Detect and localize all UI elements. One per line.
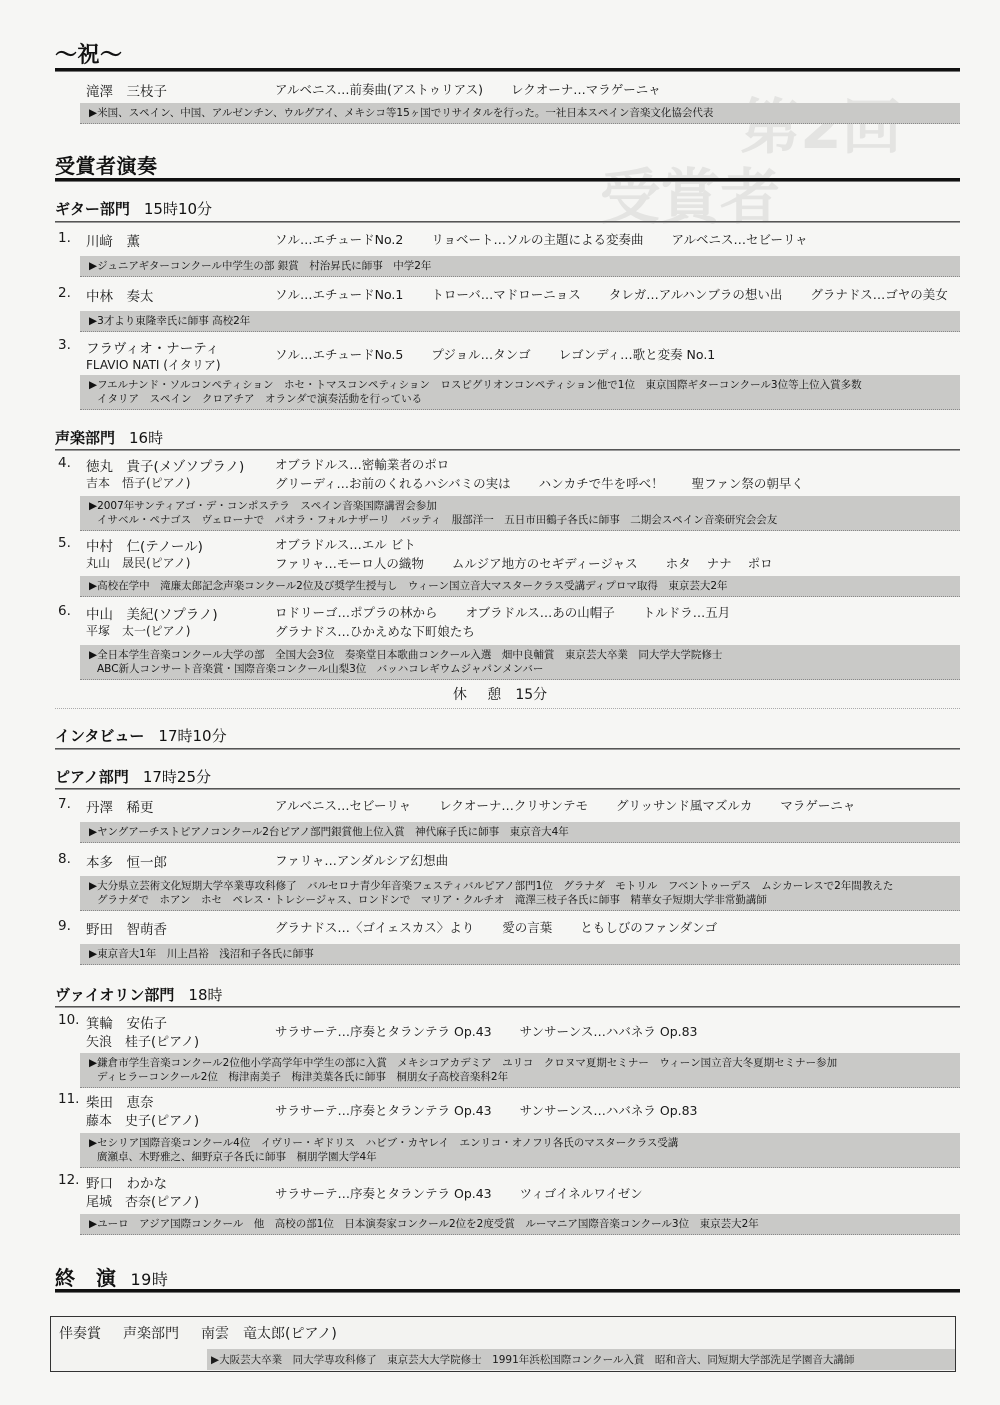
performer-bio: ▶ヤングアーチストピアノコンクール2台ピアノ部門銀賞他上位入賞 神代麻子氏に師事… [80,822,960,843]
piece: アルベニス…前奏曲(アストゥリアス) [275,82,483,97]
section-rule [55,1006,960,1008]
pieces-list: グラナドス…ひかえめな下町娘たち [275,622,499,640]
pieces-list: グラナドス…〈ゴイェスカス〉より 愛の言葉 ともしびのファンダンゴ [275,918,741,936]
performer-bio: ▶全日本学生音楽コンクール大学の部 全国大会3位 奏楽堂日本歌曲コンクール入選 … [80,645,960,680]
intermission: 休 憩15分 [0,684,1000,704]
performer-bio: ▶米国、スペイン、中国、アルゼンチン、ウルグアイ、メキシコ等15ヶ国でリサイタル… [80,103,960,124]
performer-bio: ▶2007年サンティアゴ・デ・コンポステラ スペイン音楽国際講習会参加 イサベル… [80,496,960,531]
performer-bio: ▶高校在学中 滝廉太郎記念声楽コンクール2位及び奨学生授与し ウィーン国立音大マ… [80,576,960,597]
performer-bio: ▶鎌倉市学生音楽コンクール2位他小学高学年中学生の部に入賞 メキシコアカデミア … [80,1053,960,1088]
pieces-list: ファリャ…アンダルシア幻想曲 [275,851,472,869]
award-recipient: 南雲 竜太郎(ピアノ) [201,1326,337,1342]
section-rule [55,748,960,750]
pieces-list: サラサーテ…序奏とタランテラ Op.43 ツィゴイネルワイゼン [275,1184,667,1202]
award-category: 声楽部門 [123,1326,179,1342]
section-rule [55,449,960,451]
main-heading: 受賞者演奏 [55,150,158,179]
section-rule [55,788,960,790]
piece: レクオーナ…マラゲーニャ [511,82,661,97]
performer-bio: ▶フエルナンド・ソルコンペティション ホセ・トマスコンペティション ロスピグリオ… [80,375,960,410]
performer-bio: ▶セシリア国際音楽コンクール4位 イヴリー・ギドリス ハビブ・カヤレイ エンリコ… [80,1133,960,1168]
pieces-list: ソル…エチュードNo.5 プジョル…タンゴ レゴンディ…歌と変奏 No.1 [275,345,739,363]
pieces-list: ソル…エチュードNo.1 トローバ…マドローニョス タレガ…アルハンブラの想い出… [275,285,972,303]
heading-rule [55,68,960,72]
section-heading-violin: ヴァイオリン部門18時 [55,984,223,1005]
pieces-list: ロドリーゴ…ポプラの林から オブラドルス…あの山帽子 トルドラ…五月 [275,603,754,621]
pieces-list: サラサーテ…序奏とタランテラ Op.43 サンサーンス…ハバネラ Op.83 [275,1022,722,1040]
performer-bio: ▶大分県立芸術文化短期大学卒業専攻科修了 バルセロナ青少年音楽フェスティバルピア… [80,876,960,911]
pieces-list: オブラドルス…密輸業者のポロ [275,455,473,473]
pieces-list: アルベニス…前奏曲(アストゥリアス) レクオーナ…マラゲーニャ [275,80,685,98]
performer-bio: ▶東京音大1年 川上昌裕 浅沼和子各氏に師事 [80,944,960,965]
section-heading-piano: ピアノ部門17時25分 [55,766,211,787]
award-line: 伴奏賞声楽部門南雲 竜太郎(ピアノ) [59,1323,359,1343]
finale-heading: 終 演19時 [55,1262,168,1291]
award-title: 伴奏賞 [59,1326,101,1342]
pieces-list: サラサーテ…序奏とタランテラ Op.43 サンサーンス…ハバネラ Op.83 [275,1101,722,1119]
dotted-separator [55,708,960,709]
accompanist-award-box: 伴奏賞声楽部門南雲 竜太郎(ピアノ) ▶大阪芸大卒業 同大学専攻科修了 東京芸大… [50,1316,956,1372]
pieces-list: ファリャ…モーロ人の織物 ムルジア地方のセギディージャス ホタ ナナ ポロ [275,554,797,572]
section-rule [55,221,960,223]
congrats-heading: 〜祝〜 [55,38,123,69]
background-watermark: 受賞者 [600,150,780,236]
heading-rule [55,1289,960,1293]
pieces-list: グリーディ…お前のくれるハシバミの実は ハンカチで牛を呼べ！ 聖ファン祭の朝早く [275,474,828,492]
pieces-list: オブラドルス…エル ビト [275,535,440,553]
performer-bio: ▶ユーロ アジア国際コンクール 他 高校の部1位 日本演奏家コンクール2位を2度… [80,1214,960,1235]
section-heading-vocal: 声楽部門16時 [55,427,163,448]
concert-program-page: 第2回 受賞者 〜祝〜 滝澤 三枝子 アルベニス…前奏曲(アストゥリアス) レク… [0,0,1000,1405]
performer-bio: ▶ジュニアギターコンクール中学生の部 銀賞 村治昇氏に師事 中学2年 [80,256,960,277]
section-heading-guitar: ギター部門15時10分 [55,198,212,219]
pieces-list: アルベニス…セビーリャ レクオーナ…クリサンテモ グリッサンド風マズルカ マラゲ… [275,796,879,814]
section-heading-interview: インタビュー17時10分 [55,725,227,746]
award-recipient-bio: ▶大阪芸大卒業 同大学専攻科修了 東京芸大大学院修士 1991年浜松国際コンクー… [207,1349,955,1370]
pieces-list: ソル…エチュードNo.2 リョベート…ソルの主題による変奏曲 アルベニス…セビー… [275,230,832,248]
performer-bio: ▶3才より東隆幸氏に師事 高校2年 [80,311,960,332]
performer-name: 滝澤 三枝子 [86,80,167,100]
heading-rule [55,178,960,182]
